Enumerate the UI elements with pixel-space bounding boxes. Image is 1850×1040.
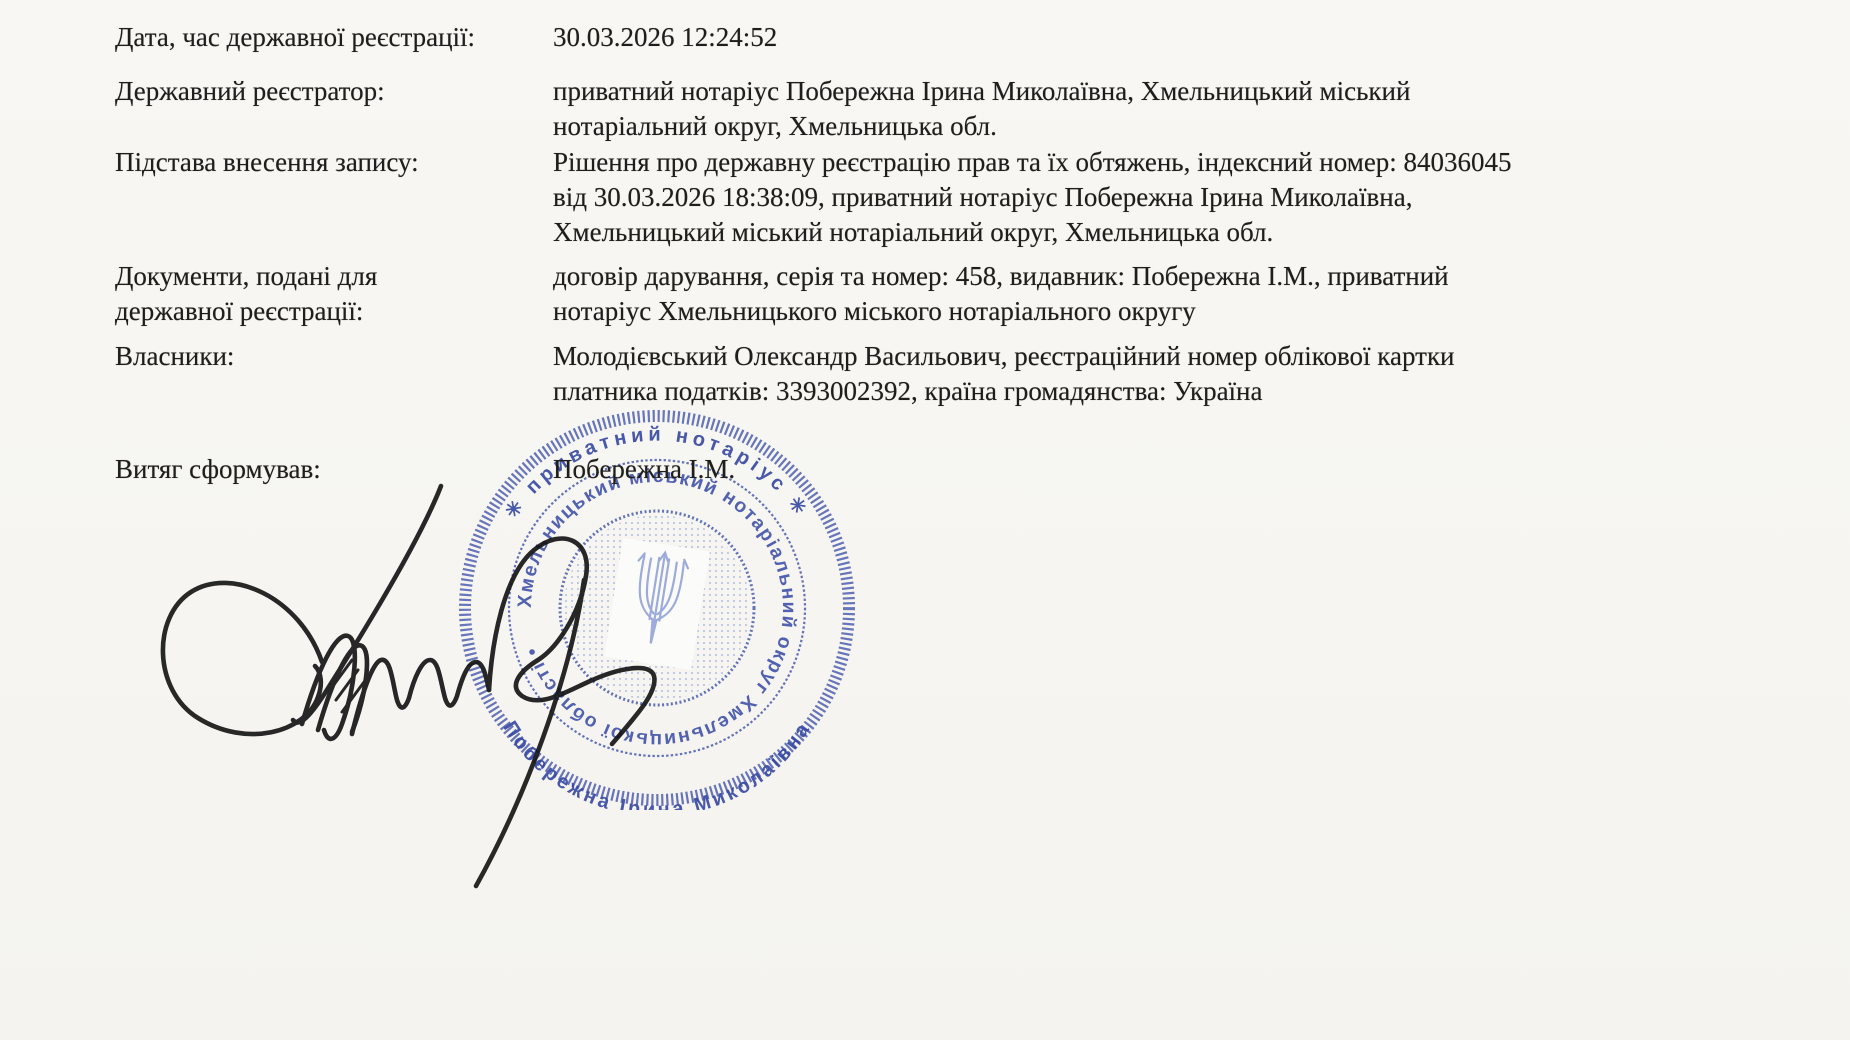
field-label: Підстава внесення запису: [115,145,545,180]
field-value: приватний нотаріус Побережна Ірина Микол… [553,74,1663,144]
field-value: договір дарування, серія та номер: 458, … [553,259,1663,329]
field-value: 30.03.2026 12:24:52 [553,20,1663,55]
field-label: Власники: [115,339,545,374]
field-value: Молодієвський Олександр Васильович, реєс… [553,339,1663,409]
field-label: Державний реєстратор: [115,74,545,109]
field-label: Дата, час державної реєстрації: [115,20,545,55]
field-value: Побережна І.М. [553,452,1663,487]
signature-stroke [352,660,489,734]
field-value: Рішення про державну реєстрацію прав та … [553,145,1663,250]
field-label: Витяг сформував: [115,452,545,487]
signature-stroke [163,583,322,734]
field-label: Документи, подані для державної реєстрац… [115,259,545,329]
